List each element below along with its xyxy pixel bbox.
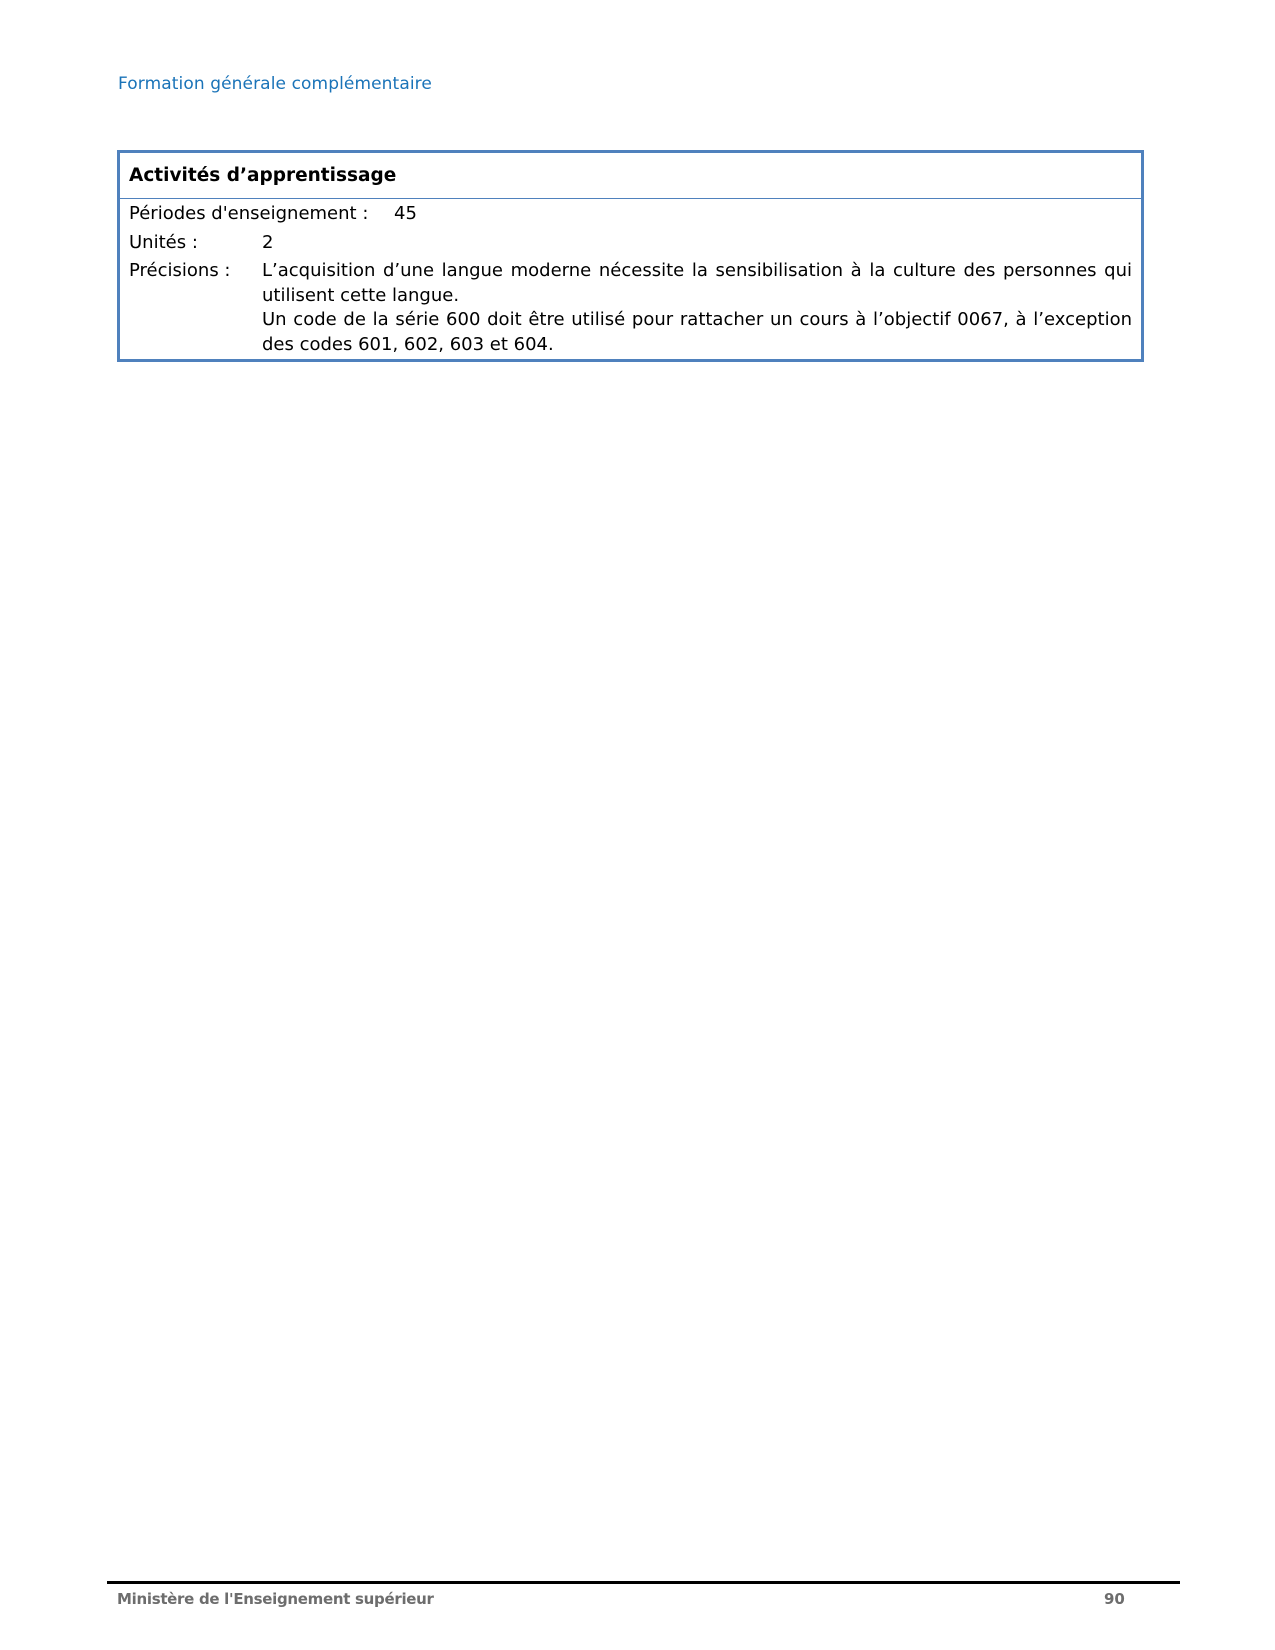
units-row: Unités : 2 [129,231,1132,256]
box-body: Périodes d'enseignement : 45 Unités : 2 … [120,199,1141,357]
teaching-periods-label: Périodes d'enseignement : [129,202,394,227]
learning-activities-box: Activités d’apprentissage Périodes d'ens… [117,150,1144,362]
page-number: 90 [1104,1590,1125,1608]
details-row: Précisions : L’acquisition d’une langue … [129,259,1132,357]
teaching-periods-row: Périodes d'enseignement : 45 [129,202,1132,227]
teaching-periods-value: 45 [394,202,1132,227]
footer-divider [107,1581,1180,1584]
units-value: 2 [262,231,1132,256]
details-paragraph: Un code de la série 600 doit être utilis… [262,308,1132,357]
units-label: Unités : [129,231,262,256]
box-title: Activités d’apprentissage [120,153,1141,199]
running-header-title: Formation générale complémentaire [118,74,432,94]
details-value: L’acquisition d’une langue moderne néces… [262,259,1132,357]
details-label: Précisions : [129,259,262,284]
details-paragraph: L’acquisition d’une langue moderne néces… [262,259,1132,308]
footer-organization: Ministère de l'Enseignement supérieur [117,1590,434,1608]
